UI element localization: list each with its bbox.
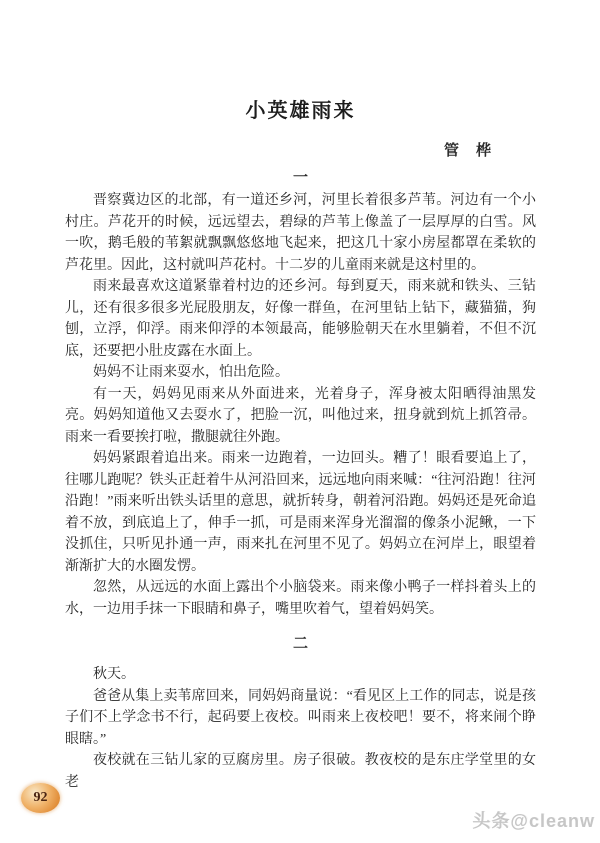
paragraph: 秋天。 [65, 664, 536, 686]
section-two-body: 秋天。 爸爸从集上卖苇席回来，同妈妈商量说：“看见区上工作的同志，说是孩子们不上… [65, 664, 536, 793]
paragraph: 忽然，从远远的水面上露出个小脑袋来。雨来像小鸭子一样抖着头上的水，一边用手抹一下… [65, 577, 536, 620]
paragraph: 妈妈不让雨来耍水，怕出危险。 [65, 362, 536, 384]
textbook-page: 小英雄雨来 管 桦 一 晋察冀边区的北部，有一道还乡河，河里长着很多芦苇。河边有… [0, 0, 600, 843]
paragraph: 雨来最喜欢这道紧靠着村边的还乡河。每到夏天，雨来就和铁头、三钻儿，还有很多很多光… [65, 276, 536, 362]
section-one-body: 晋察冀边区的北部，有一道还乡河，河里长着很多芦苇。河边有一个小村庄。芦花开的时候… [65, 190, 536, 620]
watermark: 头条@cleanw [472, 807, 595, 833]
author-name: 管 桦 [65, 142, 536, 160]
page-number-badge: 92 [21, 783, 60, 813]
paragraph: 爸爸从集上卖苇席回来，同妈妈商量说：“看见区上工作的同志，说是孩子们不上学念书不… [65, 686, 536, 751]
page-title: 小英雄雨来 [65, 0, 536, 124]
paragraph: 夜校就在三钻儿家的豆腐房里。房子很破。教夜校的是东庄学堂里的女老 [65, 750, 536, 793]
page-content: 小英雄雨来 管 桦 一 晋察冀边区的北部，有一道还乡河，河里长着很多芦苇。河边有… [65, 0, 536, 793]
paragraph: 妈妈紧跟着追出来。雨来一边跑着，一边回头。糟了！眼看要追上了，往哪儿跑呢？铁头正… [65, 448, 536, 577]
section-marker-one: 一 [65, 168, 536, 188]
page-number: 92 [34, 790, 48, 806]
section-marker-two: 二 [65, 634, 536, 654]
paragraph: 有一天，妈妈见雨来从外面进来，光着身子，浑身被太阳晒得油黑发亮。妈妈知道他又去耍… [65, 384, 536, 449]
paragraph: 晋察冀边区的北部，有一道还乡河，河里长着很多芦苇。河边有一个小村庄。芦花开的时候… [65, 190, 536, 276]
